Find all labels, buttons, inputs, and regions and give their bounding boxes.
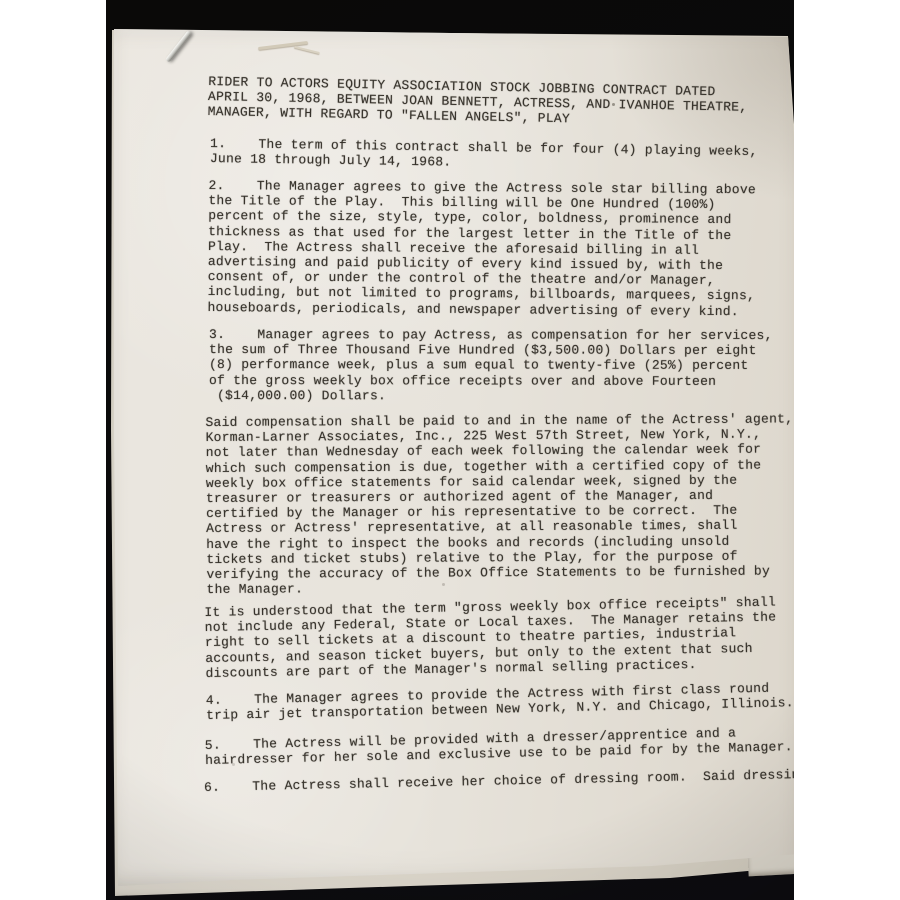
staple xyxy=(165,30,192,62)
paragraph-3-compensation: 3. Manager agrees to pay Actress, as com… xyxy=(209,327,794,404)
paragraph-agent-payment: Said compensation shall be paid to and i… xyxy=(205,411,794,597)
paragraph-4-transportation: 4. The Manager agrees to provide the Act… xyxy=(206,679,794,723)
paragraph-1-term: 1. The term of this contract shall be fo… xyxy=(210,136,794,176)
paragraph-gross-receipts: It is understood that the term "gross we… xyxy=(204,594,794,682)
contract-rider-page: RIDER TO ACTORS EQUITY ASSOCIATION STOCK… xyxy=(112,28,794,892)
paragraph-5-dresser: 5. The Actress will be provided with a d… xyxy=(205,723,794,769)
document-photo: RIDER TO ACTORS EQUITY ASSOCIATION STOCK… xyxy=(106,0,794,900)
paragraph-6-dressing-room: 6. The Actress shall receive her choice … xyxy=(204,766,794,795)
typed-text-block: RIDER TO ACTORS EQUITY ASSOCIATION STOCK… xyxy=(208,74,794,807)
paragraph-2-billing: 2. The Manager agrees to give the Actres… xyxy=(207,178,794,320)
document-heading: RIDER TO ACTORS EQUITY ASSOCIATION STOCK… xyxy=(208,74,794,132)
tape-mark xyxy=(294,46,320,54)
